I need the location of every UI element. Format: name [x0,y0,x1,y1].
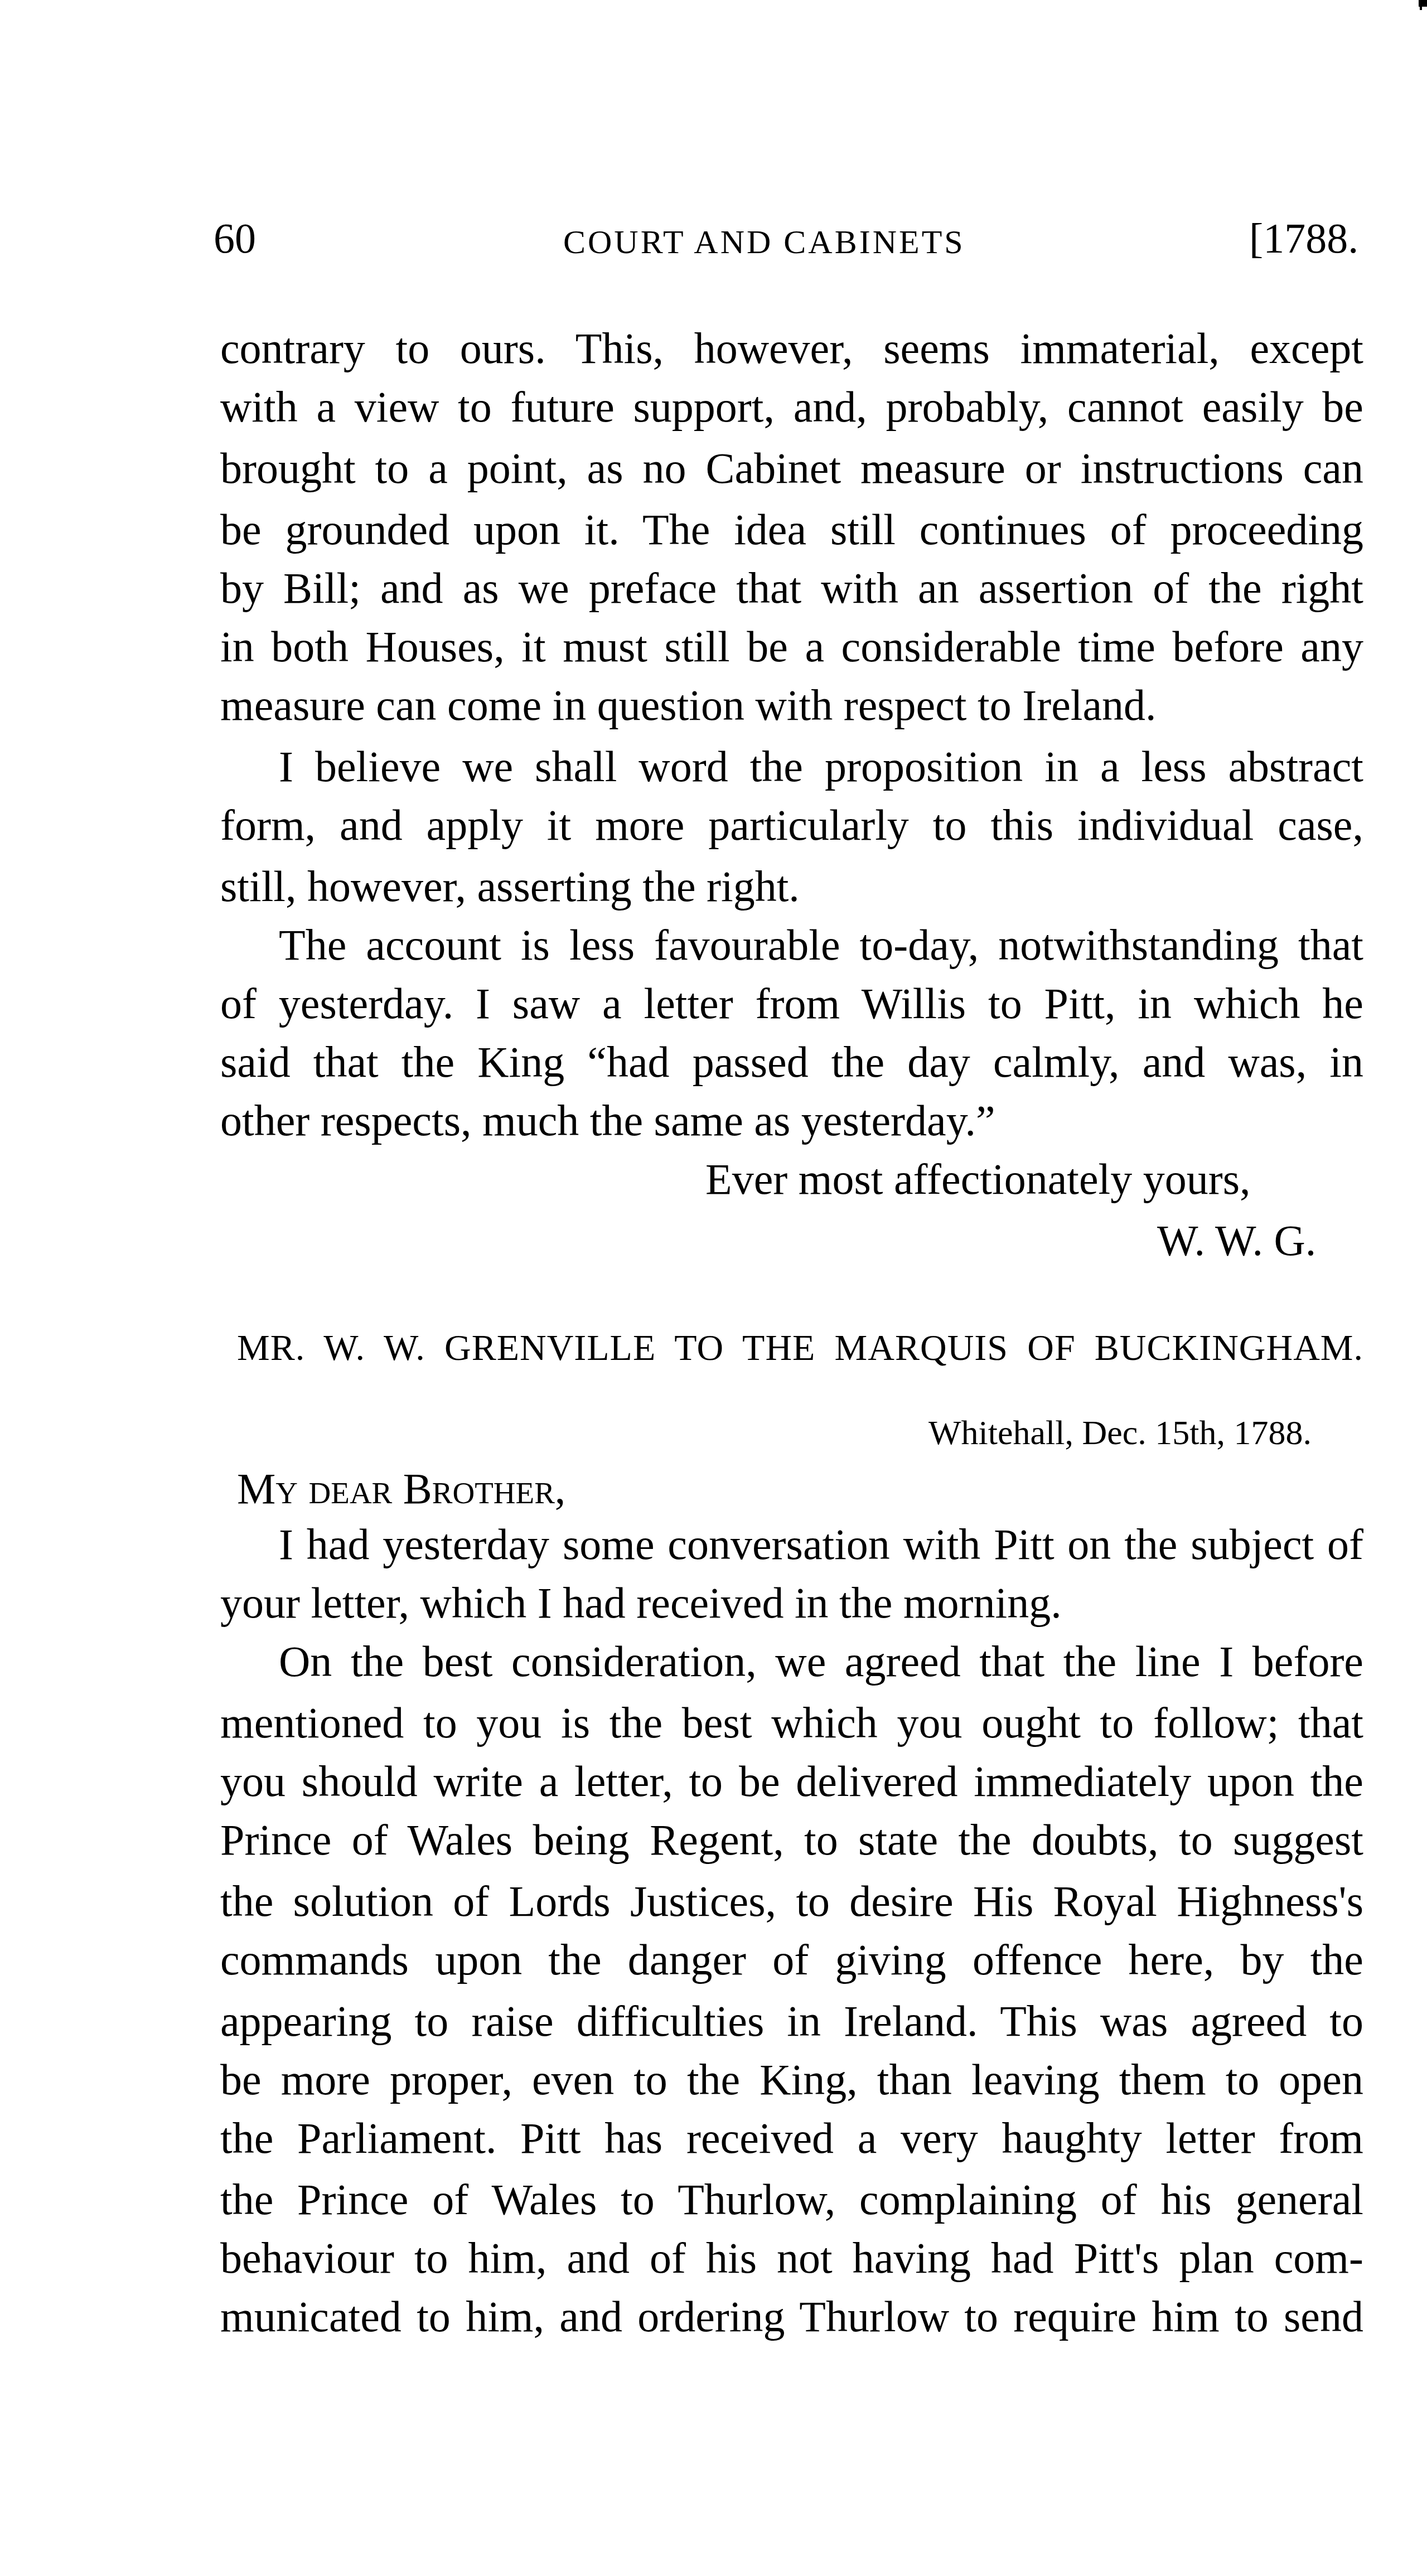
dateline: Whitehall, Dec. 15th, 1788. [928,1413,1312,1453]
signature: W. W. G. [1157,1216,1316,1266]
book-page: 60 COURT AND CABINETS [1788. contrary to… [0,0,1427,2576]
text-line: the Parliament. Pitt has received a very… [220,2113,1363,2163]
text-line: I had yesterday some conversation with P… [279,1519,1363,1570]
text-line: the solution of Lords Justices, to desir… [220,1876,1363,1926]
text-line: still, however, asserting the right. [220,861,1363,912]
text-line: other respects, much the same as yesterd… [220,1096,1363,1146]
salutation: My dear Brother, [237,1464,565,1514]
scan-artifact [1420,6,1422,10]
text-line: be more proper, even to the King, than l… [220,2055,1363,2105]
text-line: the Prince of Wales to Thurlow, complain… [220,2175,1363,2225]
running-title: COURT AND CABINETS [563,223,965,262]
text-line: with a view to future support, and, prob… [220,382,1363,432]
text-line: said that the King “had passed the day c… [220,1037,1363,1087]
text-line: behaviour to him, and of his not having … [220,2233,1363,2283]
text-line: mentioned to you is the best which you o… [220,1698,1363,1748]
text-line: brought to a point, as no Cabinet measur… [220,443,1363,493]
text-line: measure can come in question with respec… [220,680,1363,730]
text-line: of yesterday. I saw a letter from Willis… [220,979,1363,1029]
text-line: The account is less favourable to-day, n… [279,920,1363,970]
text-line: Prince of Wales being Regent, to state t… [220,1815,1363,1865]
text-line: contrary to ours. This, however, seems i… [220,323,1363,374]
text-line: commands upon the danger of giving offen… [220,1935,1363,1985]
text-line: you should write a letter, to be deliver… [220,1756,1363,1807]
text-line: by Bill; and as we preface that with an … [220,563,1363,613]
text-line: in both Houses, it must still be a consi… [220,622,1363,672]
running-year: [1788. [1249,215,1358,263]
letter-heading: MR. W. W. GRENVILLE TO THE MARQUIS OF BU… [237,1327,1363,1369]
page-number: 60 [214,215,256,263]
closing: Ever most affectionately yours, [705,1154,1251,1204]
text-line: On the best consideration, we agreed tha… [279,1636,1363,1687]
text-line: your letter, which I had received in the… [220,1578,1363,1628]
text-line: form, and apply it more particularly to … [220,800,1363,850]
text-line: municated to him, and ordering Thurlow t… [220,2292,1363,2342]
text-line: I believe we shall word the proposition … [279,742,1363,792]
text-line: appearing to raise difficulties in Irela… [220,1996,1363,2046]
text-line: be grounded upon it. The idea still cont… [220,505,1363,555]
